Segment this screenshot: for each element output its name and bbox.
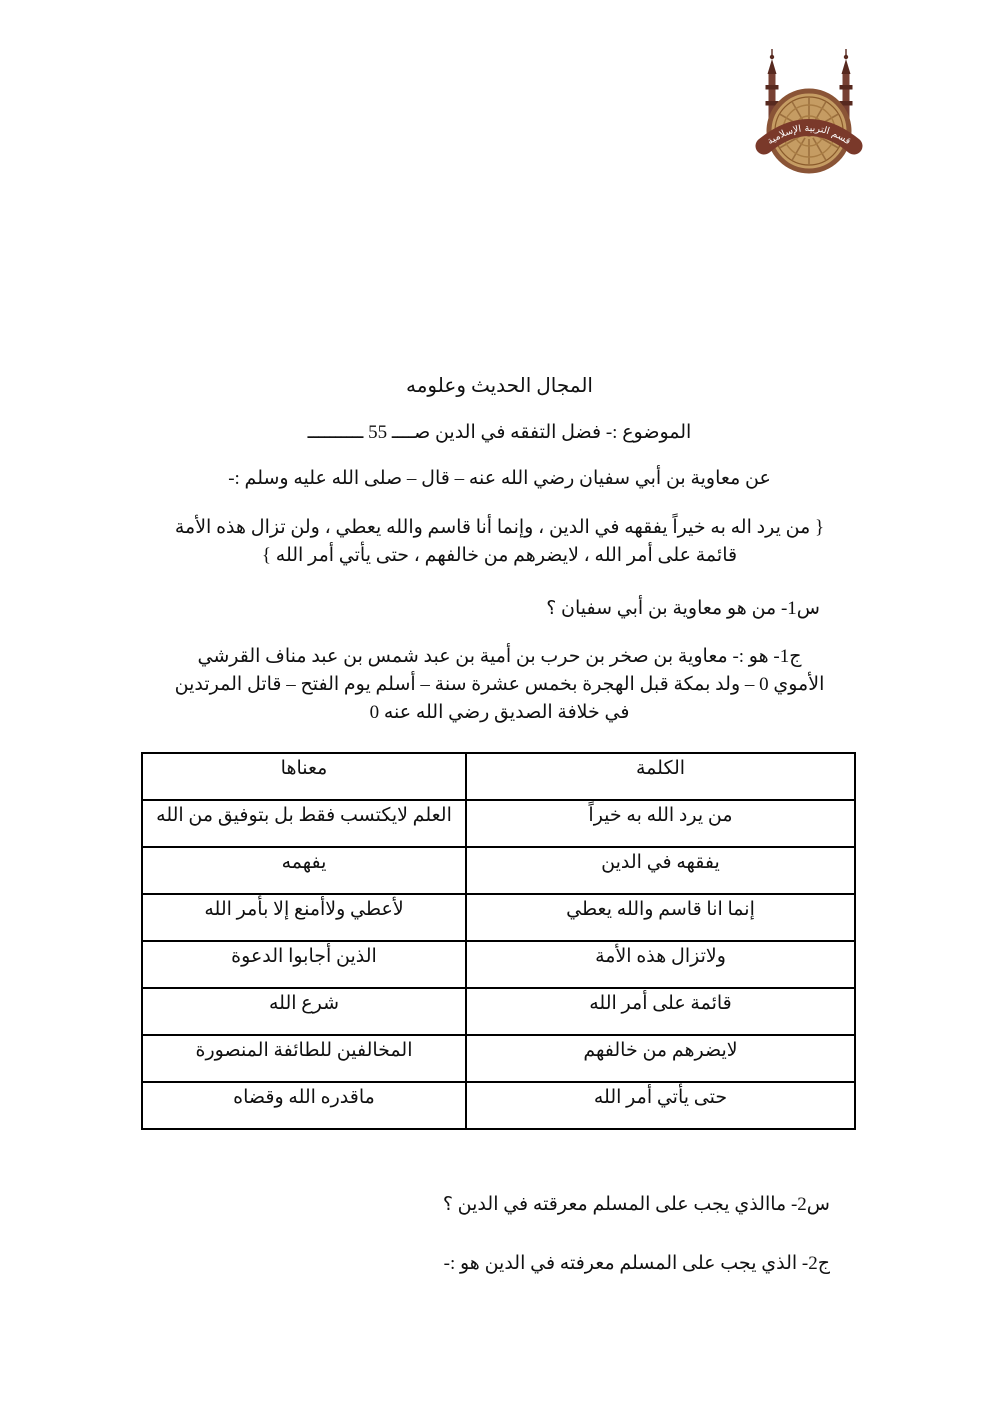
table-row: إنما انا قاسم والله يعطي لأعطي ولاأمنع إ… bbox=[142, 894, 855, 941]
hadith-narration: عن معاوية بن أبي سفيان رضي الله عنه – قا… bbox=[143, 465, 856, 493]
subject-line: الموضوع :- فضل التفقه في الدين صــــ 55 … bbox=[143, 419, 856, 447]
word-cell: ولاتزال هذه الأمة bbox=[466, 941, 855, 988]
answer-1-line-3: في خلافة الصديق رضي الله عنه 0 bbox=[143, 699, 856, 727]
answer-1-line-1: ج1- هو :- معاوية بن صخر بن حرب بن أمية ب… bbox=[143, 643, 856, 671]
meaning-cell: المخالفين للطائفة المنصورة bbox=[142, 1035, 466, 1082]
hadith-text-line-1: { من يرد اله به خيراً يفقهه في الدين ، و… bbox=[143, 514, 856, 542]
table-header-meaning: معناها bbox=[142, 753, 466, 800]
word-cell: قائمة على أمر الله bbox=[466, 988, 855, 1035]
word-cell: إنما انا قاسم والله يعطي bbox=[466, 894, 855, 941]
document-body: المجال الحديث وعلومه الموضوع :- فضل التف… bbox=[143, 372, 856, 1278]
table-row: يفقهه في الدين يفهمه bbox=[142, 847, 855, 894]
meaning-cell: الذين أجابوا الدعوة bbox=[142, 941, 466, 988]
meaning-cell: يفهمه bbox=[142, 847, 466, 894]
answer-1-line-2: الأموي 0 – ولد بمكة قبل الهجرة بخمس عشرة… bbox=[143, 671, 856, 699]
table-row: لايضرهم من خالفهم المخالفين للطائفة المن… bbox=[142, 1035, 855, 1082]
meaning-cell: ماقدره الله وقضاه bbox=[142, 1082, 466, 1129]
table-row: قائمة على أمر الله شرع الله bbox=[142, 988, 855, 1035]
vocabulary-table: الكلمة معناها من يرد الله به خيراً العلم… bbox=[141, 752, 856, 1130]
answer-2: ج2- الذي يجب على المسلم معرفته في الدين … bbox=[143, 1250, 856, 1278]
table-row: حتى يأتي أمر الله ماقدره الله وقضاه bbox=[142, 1082, 855, 1129]
meaning-cell: شرع الله bbox=[142, 988, 466, 1035]
hadith-text-line-2: قائمة على أمر الله ، لايضرهم من خالفهم ،… bbox=[143, 542, 856, 570]
meaning-cell: لأعطي ولاأمنع إلا بأمر الله bbox=[142, 894, 466, 941]
islamic-department-logo-icon: قسم التربية الإسلامية bbox=[752, 47, 866, 175]
question-1: س1- من هو معاوية بن أبي سفيان ؟ bbox=[143, 595, 856, 623]
page-title: المجال الحديث وعلومه bbox=[143, 372, 856, 400]
question-2: س2- ماالذي يجب على المسلم معرقته في الدي… bbox=[143, 1191, 856, 1219]
word-cell: حتى يأتي أمر الله bbox=[466, 1082, 855, 1129]
document-page: قسم التربية الإسلامية المجال الحديث وعلو… bbox=[0, 0, 992, 1403]
word-cell: لايضرهم من خالفهم bbox=[466, 1035, 855, 1082]
meaning-cell: العلم لايكتسب فقط بل بتوفيق من الله bbox=[142, 800, 466, 847]
table-row: من يرد الله به خيراً العلم لايكتسب فقط ب… bbox=[142, 800, 855, 847]
word-cell: من يرد الله به خيراً bbox=[466, 800, 855, 847]
word-cell: يفقهه في الدين bbox=[466, 847, 855, 894]
table-header-word: الكلمة bbox=[466, 753, 855, 800]
table-row: ولاتزال هذه الأمة الذين أجابوا الدعوة bbox=[142, 941, 855, 988]
table-header-row: الكلمة معناها bbox=[142, 753, 855, 800]
